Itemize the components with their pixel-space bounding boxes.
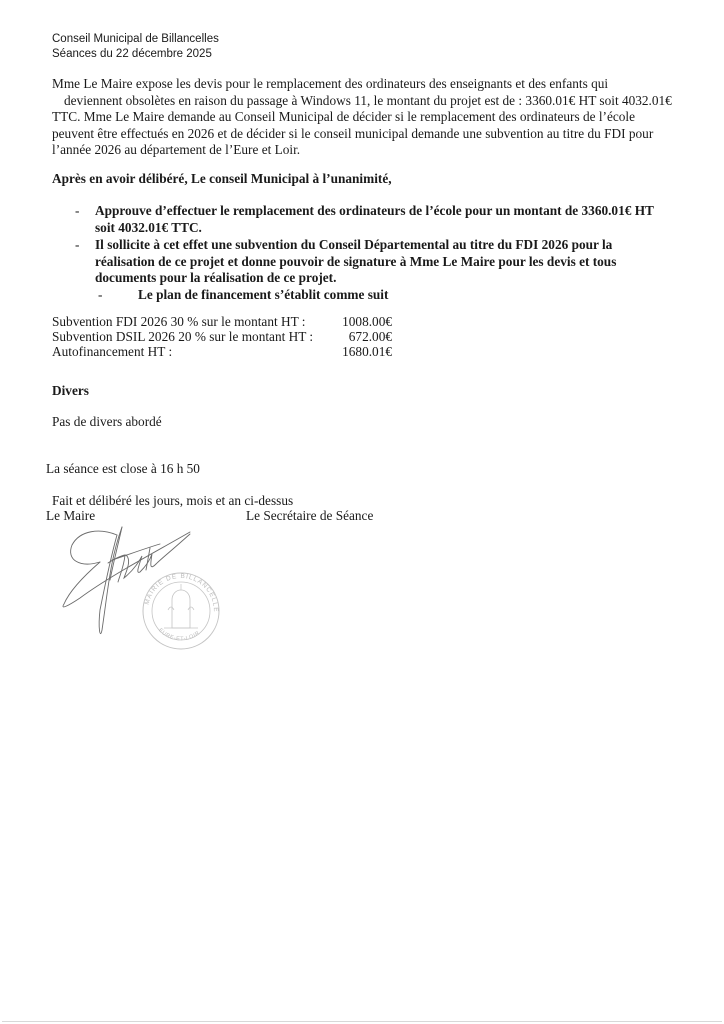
stamp-bottom-text: EURE-ET-LOIR (157, 627, 201, 642)
page-bottom-rule (2, 1021, 722, 1022)
document-page: Conseil Municipal de Billancelles Séance… (0, 0, 724, 1024)
signature-and-stamp: MAIRIE DE BILLANCELLES EURE-ET-LOIR (0, 0, 724, 1024)
stamp-top-text: MAIRIE DE BILLANCELLES (0, 0, 219, 613)
